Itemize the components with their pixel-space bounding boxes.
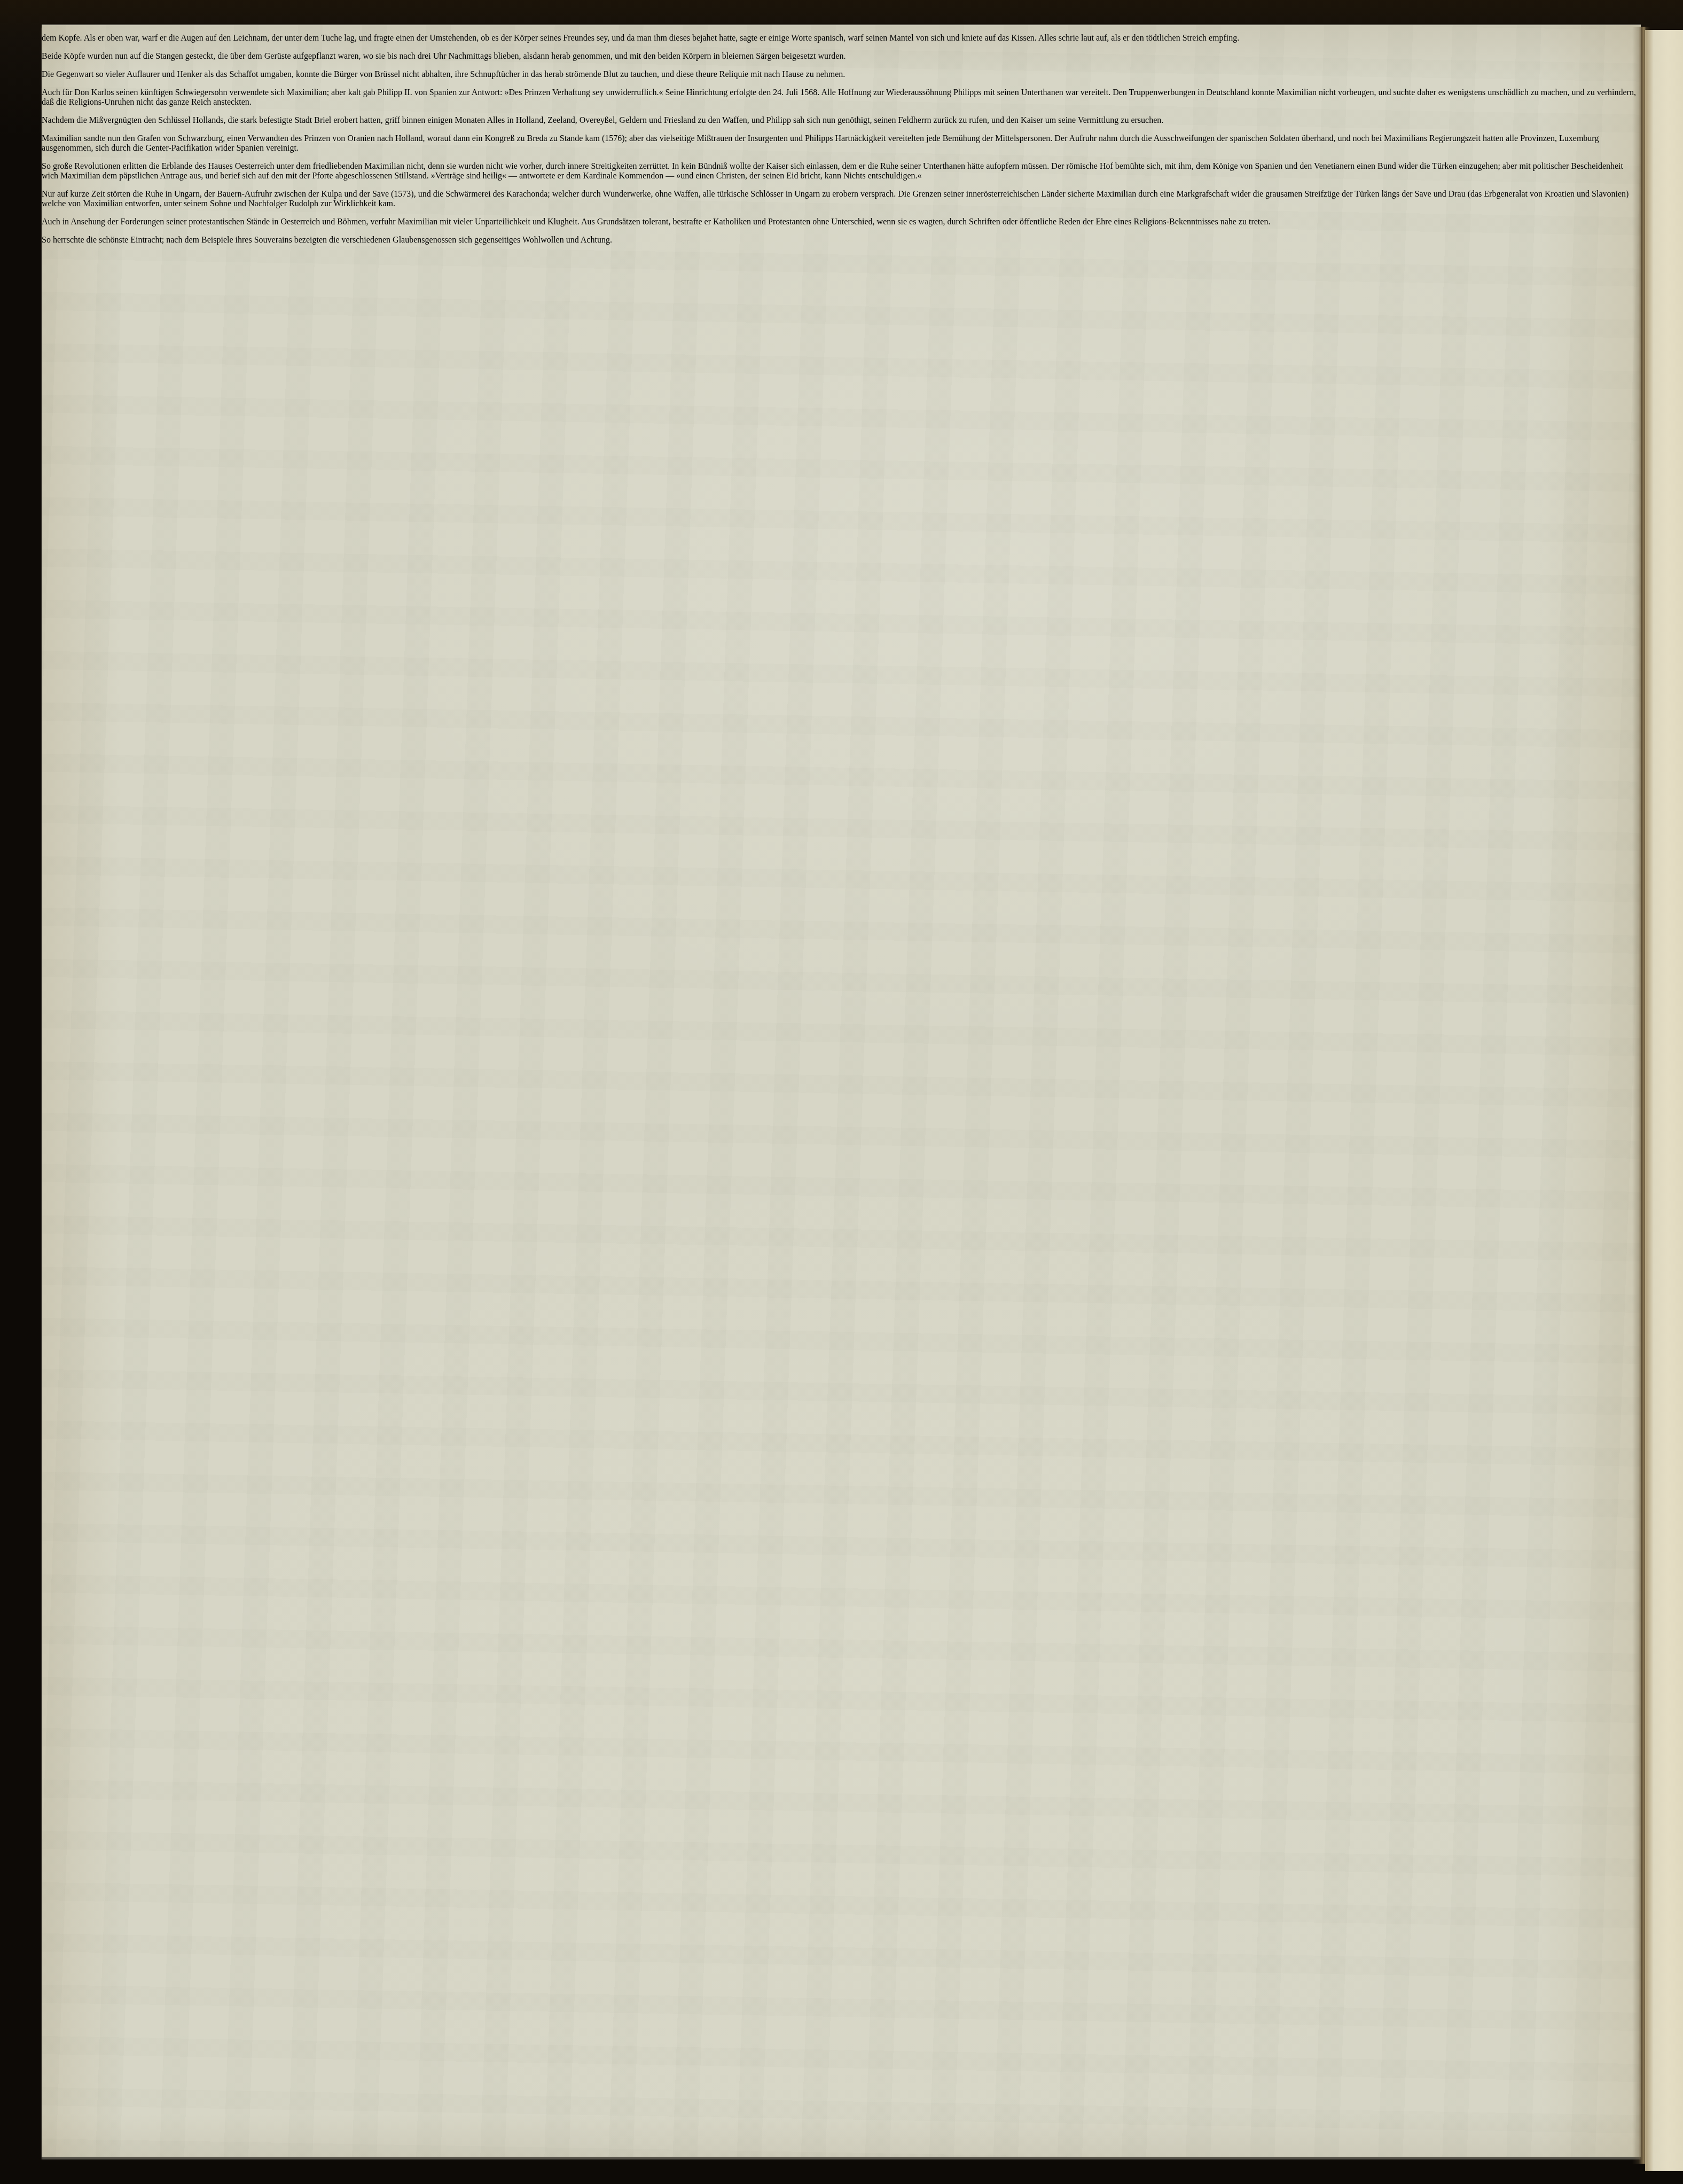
- page-text-block: dem Kopfe. Als er oben war, warf er die …: [42, 34, 1641, 245]
- adjacent-page-sliver: [1645, 30, 1683, 2171]
- book-scan-background: dem Kopfe. Als er oben war, warf er die …: [0, 0, 1683, 2184]
- letterspaced-name: Maximilian: [398, 217, 438, 227]
- letterspaced-name: Breda: [527, 134, 547, 143]
- letterspaced-name: Philipp: [378, 88, 402, 97]
- paragraph: Auch für Don Karlos seinen künftigen Sch…: [42, 88, 1641, 107]
- letterspaced-name: Philipps: [805, 134, 833, 143]
- paragraph: Maximilian sandte nun den Grafen von Sch…: [42, 134, 1641, 153]
- letterspaced-name: Briel: [314, 116, 331, 125]
- paragraph: Nur auf kurze Zeit störten die Ruhe in U…: [42, 190, 1641, 209]
- book-page: dem Kopfe. Als er oben war, warf er die …: [42, 25, 1641, 2157]
- paragraph: So herrschte die schönste Eintracht; nac…: [42, 236, 1641, 245]
- paragraph: So große Revolutionen erlitten die Erbla…: [42, 162, 1641, 181]
- letterspaced-name: Philipp: [766, 116, 791, 125]
- letterspaced-name: Kommendon: [619, 171, 664, 181]
- paragraph: dem Kopfe. Als er oben war, warf er die …: [42, 34, 1641, 43]
- paragraph: Auch in Ansehung der Forderungen seiner …: [42, 217, 1641, 227]
- letterspaced-name: Maximilian: [364, 162, 404, 171]
- letterspaced-name: Maximilian: [60, 171, 100, 181]
- letterspaced-name: Maximilian: [1097, 190, 1137, 199]
- letterspaced-name: Maximilians: [1384, 134, 1427, 143]
- letterspaced-name: Don Karlos: [74, 88, 114, 97]
- letterspaced-name: Maximilian: [1277, 88, 1317, 97]
- paragraph: Nachdem die Mißvergnügten den Schlüssel …: [42, 116, 1641, 126]
- letterspaced-name: Philipps: [953, 88, 981, 97]
- letterspaced-name: Maximilian: [42, 134, 82, 143]
- letterspaced-name: Maximilian: [287, 88, 327, 97]
- letterspaced-name: Schwarzburg: [178, 134, 223, 143]
- paragraph: Die Gegenwart so vieler Auflaurer und He…: [42, 70, 1641, 80]
- page-edge-stack: [11, 27, 43, 2153]
- paragraph: Beide Köpfe wurden nun auf die Stangen g…: [42, 52, 1641, 61]
- letterspaced-name: Rudolph: [289, 199, 318, 208]
- letterspaced-name: Maximilian: [83, 199, 123, 208]
